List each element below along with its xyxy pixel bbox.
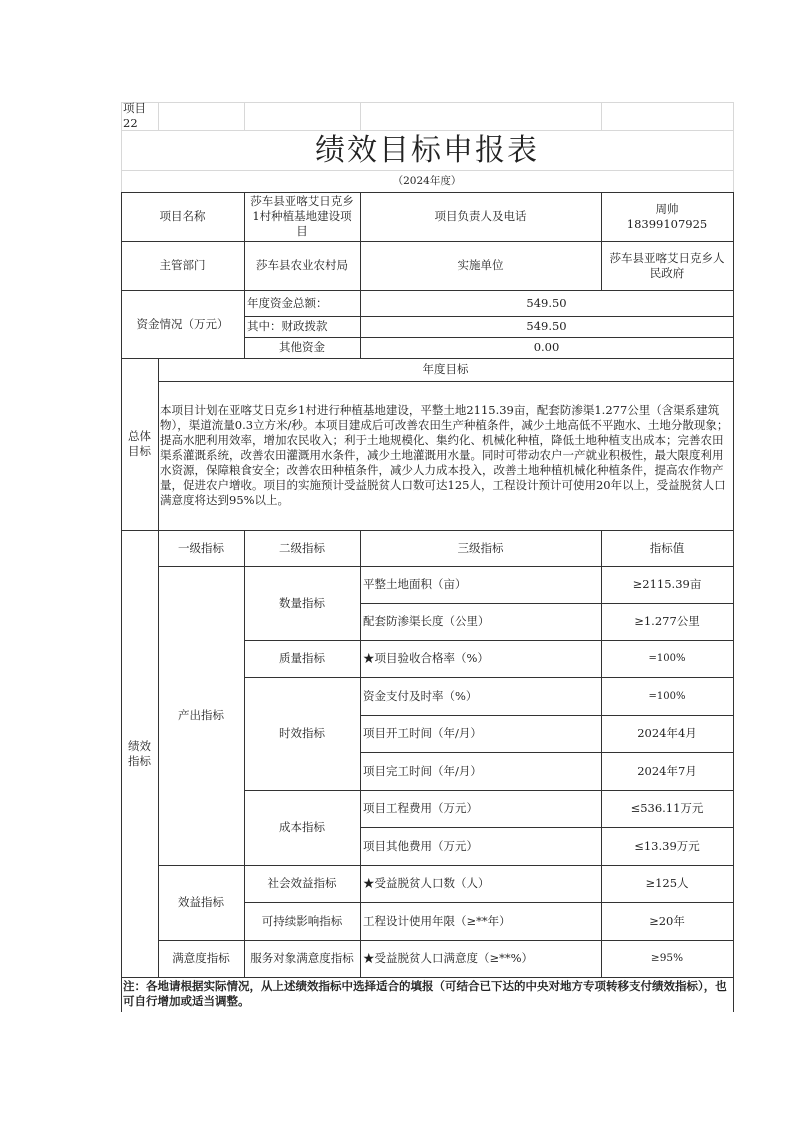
indicator-row: 工程设计使用年限（≥**年） [360,902,601,940]
level2-service-satisfaction: 服务对象满意度指标 [244,940,360,977]
indicator-row: 项目开工时间（年/月） [360,715,601,752]
indicator-value: ≥20年 [601,902,733,940]
annual-goal-text: 本项目计划在亚喀艾日克乡1村进行种植基地建设，平整土地2115.39亩，配套防渗… [158,403,733,508]
indicator-row: 项目完工时间（年/月） [360,752,601,790]
indicator-row: ★受益脱贫人口满意度（≥**%） [360,940,601,977]
year-subtitle: （2024年度） [121,170,733,192]
funds-fiscal-label: 其中：财政拨款 [244,316,360,337]
funds-total-label: 年度资金总额： [244,290,360,316]
leader-label: 项目负责人及电话 [360,192,601,241]
indicator-value: ≥125人 [601,865,733,902]
level2-sustainability: 可持续影响指标 [244,902,360,940]
col-header-value: 指标值 [601,530,733,566]
page-title: 绩效目标申报表 [121,130,733,170]
indicator-value: 2024年4月 [601,715,733,752]
implementer-label: 实施单位 [360,241,601,290]
indicator-value: ≥1.277公里 [601,603,733,640]
indicator-value: =100% [601,640,733,677]
funds-other-value: 0.00 [360,337,733,358]
indicator-value: 2024年7月 [601,752,733,790]
indicator-row: 项目工程费用（万元） [360,790,601,827]
funds-fiscal-value: 549.50 [360,316,733,337]
funds-other-label: 其他资金 [244,337,360,358]
level2-quantity: 数量指标 [244,566,360,640]
indicator-row: ★受益脱贫人口数（人） [360,865,601,902]
level2-cost: 成本指标 [244,790,360,865]
col-header-level1: 一级指标 [158,530,244,566]
performance-label: 绩效指标 [121,530,158,977]
department-label: 主管部门 [121,241,244,290]
footnote: 注：各地请根据实际情况，从上述绩效指标中选择适合的填报（可结合已下达的中央对地方… [121,977,733,1011]
indicator-row: 项目其他费用（万元） [360,827,601,865]
indicator-value: ≥2115.39亩 [601,566,733,603]
level1-benefit: 效益指标 [158,865,244,940]
leader-contact: 周帅 18399107925 [601,192,733,241]
level1-output: 产出指标 [158,566,244,865]
level2-quality: 质量指标 [244,640,360,677]
level2-social-benefit: 社会效益指标 [244,865,360,902]
department-value: 莎车县农业农村局 [244,241,360,290]
indicator-value: ≤536.11万元 [601,790,733,827]
level1-satisfaction: 满意度指标 [158,940,244,977]
indicator-value: ≥95% [601,940,733,977]
indicator-row: ★项目验收合格率（%） [360,640,601,677]
funds-label: 资金情况（万元） [121,290,244,358]
funds-total-value: 549.50 [360,290,733,316]
indicator-value: ≤13.39万元 [601,827,733,865]
indicator-row: 资金支付及时率（%） [360,677,601,715]
indicator-value: =100% [601,677,733,715]
implementer-value: 莎车县亚喀艾日克乡人民政府 [601,241,733,290]
col-header-level2: 二级指标 [244,530,360,566]
col-header-level3: 三级指标 [360,530,601,566]
level2-timeliness: 时效指标 [244,677,360,790]
overall-goal-label: 总体目标 [121,358,158,530]
project-name-value: 莎车县亚喀艾日克乡1村种植基地建设项目 [244,192,360,241]
indicator-row: 平整土地面积（亩） [360,566,601,603]
leader-name: 周帅 [656,202,679,217]
leader-phone: 18399107925 [627,217,707,232]
annual-goal-header: 年度目标 [158,358,733,381]
indicator-row: 配套防渗渠长度（公里） [360,603,601,640]
project-name-label: 项目名称 [121,192,244,241]
project-code: 项目22 [121,102,161,130]
